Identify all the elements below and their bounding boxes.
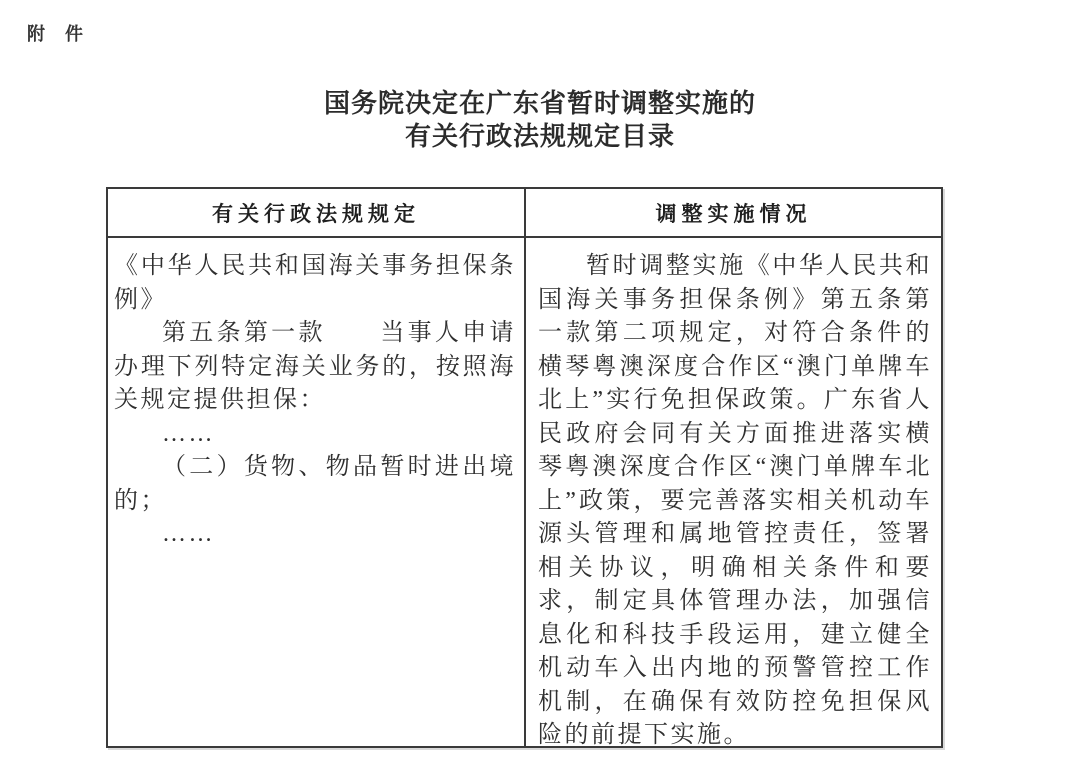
attachment-label: 附 件 (27, 20, 84, 46)
regulation-paragraph: 第五条第一款 当事人申请办理下列特定海关业务的，按照海关规定提供担保： (114, 317, 516, 418)
regulations-table: 有关行政法规规定 调整实施情况 《中华人民共和国海关事务担保条例》 第五条第一款… (106, 187, 943, 748)
document-title: 国务院决定在广东省暂时调整实施的 有关行政法规规定目录 (0, 87, 1080, 153)
regulation-paragraph: 《中华人民共和国海关事务担保条例》 (114, 250, 516, 317)
table-header-regulation: 有关行政法规规定 (108, 189, 526, 238)
regulation-paragraph-ellipsis: …… (114, 418, 516, 452)
regulation-paragraph: （二）货物、物品暂时进出境的； (114, 451, 516, 518)
adjustment-cell: 暂时调整实施《中华人民共和国海关事务担保条例》第五条第一款第二项规定，对符合条件… (526, 238, 941, 746)
table-header-adjustment: 调整实施情况 (526, 189, 941, 238)
adjustment-paragraph: 暂时调整实施《中华人民共和国海关事务担保条例》第五条第一款第二项规定，对符合条件… (538, 250, 932, 746)
document-title-line2: 有关行政法规规定目录 (0, 120, 1080, 153)
regulation-cell: 《中华人民共和国海关事务担保条例》 第五条第一款 当事人申请办理下列特定海关业务… (108, 238, 526, 746)
regulation-paragraph-ellipsis: …… (114, 518, 516, 552)
document-title-line1: 国务院决定在广东省暂时调整实施的 (0, 87, 1080, 120)
document-page: { "page": { "attachment_label": "附 件", "… (0, 0, 1080, 776)
